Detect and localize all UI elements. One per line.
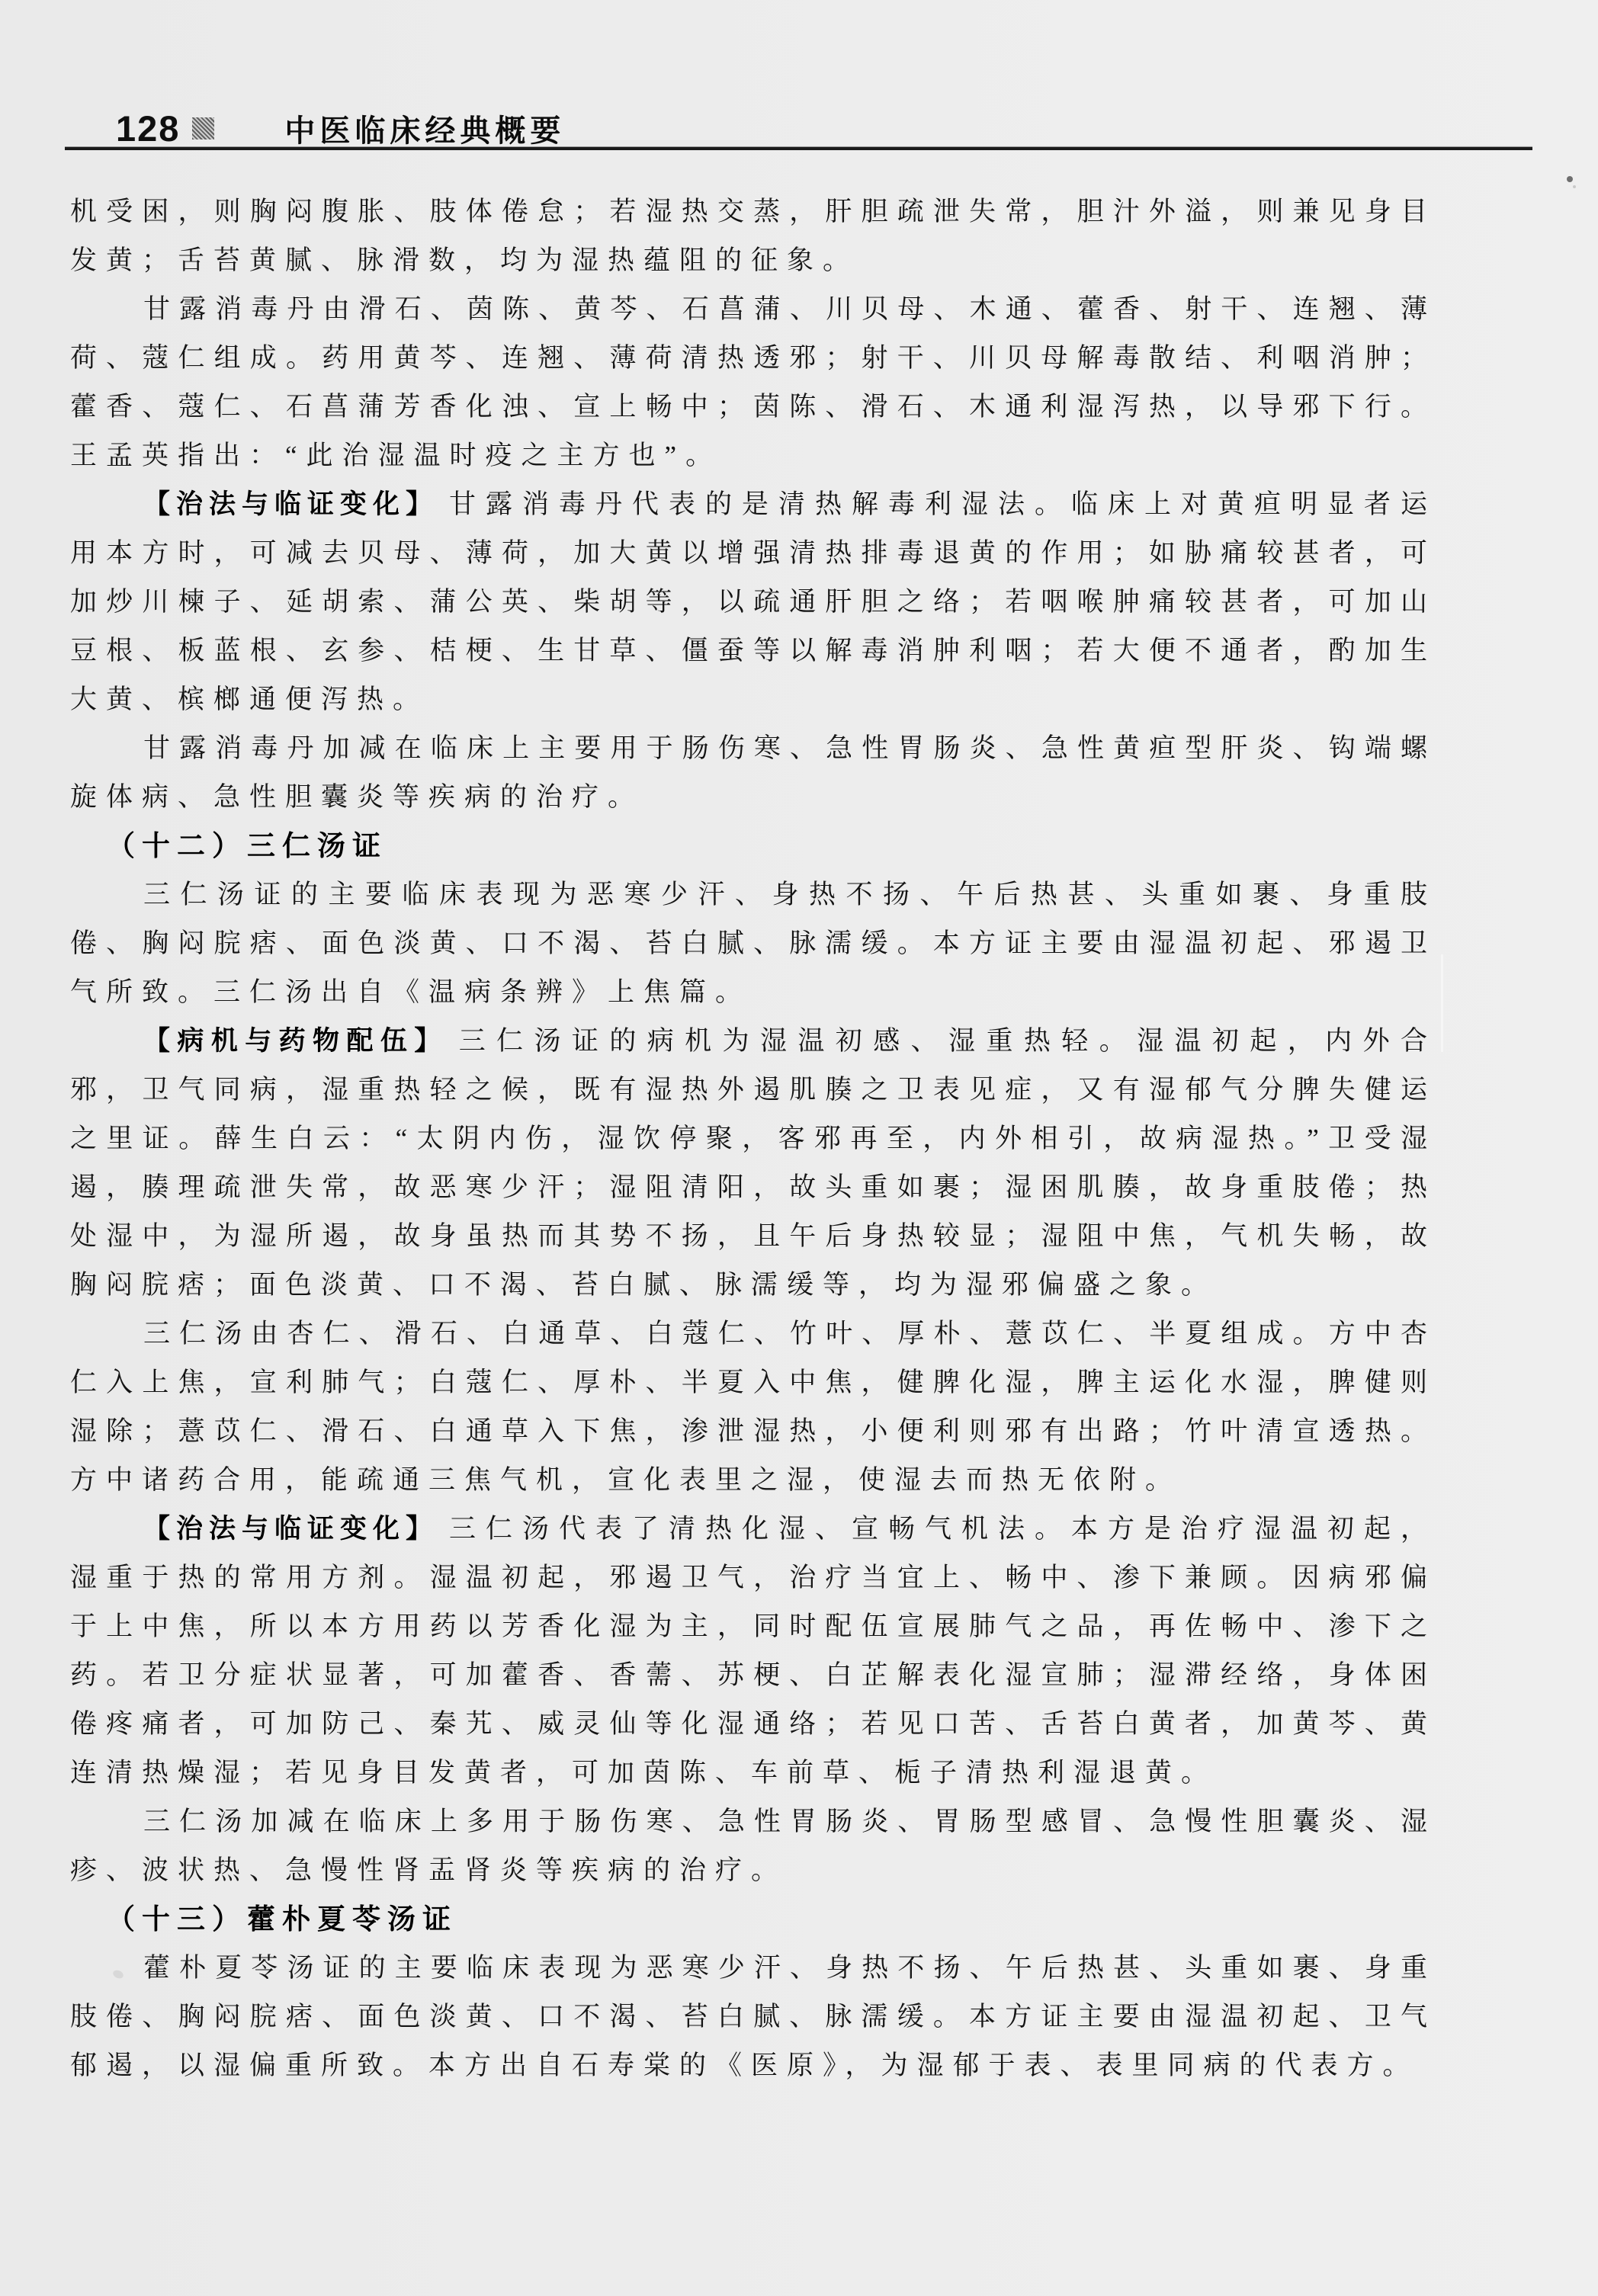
- dither-square-icon: [192, 117, 214, 139]
- page-number: 128: [116, 107, 180, 149]
- paragraph: 藿朴夏苓汤证的主要临床表现为恶寒少汗、身热不扬、午后热甚、头重如裹、身重肢倦、胸…: [70, 1944, 1436, 2090]
- page-header: 128 中医临床经典概要: [116, 107, 565, 149]
- paragraph: 【治法与临证变化】三仁汤代表了清热化湿、宣畅气机法。本方是治疗湿温初起，湿重于热…: [70, 1505, 1436, 1797]
- scan-speck-artifact: [1567, 176, 1573, 182]
- paragraph-label: 【治法与临证变化】: [143, 1514, 438, 1544]
- page-body: 机受困，则胸闷腹胀、肢体倦怠；若湿热交蒸，肝胆疏泄失常，胆汁外溢，则兼见身目发黄…: [70, 188, 1436, 2090]
- paragraph: 三仁汤由杏仁、滑石、白通草、白蔻仁、竹叶、厚朴、薏苡仁、半夏组成。方中杏仁入上焦…: [70, 1310, 1436, 1505]
- paragraph: 甘露消毒丹加减在临床上主要用于肠伤寒、急性胃肠炎、急性黄疸型肝炎、钩端螺旋体病、…: [70, 724, 1436, 822]
- paragraph-label: 【病机与药物配伍】: [143, 1026, 448, 1056]
- paragraph: 甘露消毒丹由滑石、茵陈、黄芩、石菖蒲、川贝母、木通、藿香、射干、连翘、薄荷、蔻仁…: [70, 285, 1436, 480]
- paragraph: 三仁汤证的主要临床表现为恶寒少汗、身热不扬、午后热甚、头重如裹、身重肢倦、胸闷脘…: [70, 871, 1436, 1017]
- paragraph: 【治法与临证变化】甘露消毒丹代表的是清热解毒利湿法。临床上对黄疸明显者运用本方时…: [70, 480, 1436, 724]
- section-heading: （十三）藿朴夏苓汤证: [70, 1895, 1436, 1944]
- paragraph: 三仁汤加减在临床上多用于肠伤寒、急性胃肠炎、胃肠型感冒、急慢性胆囊炎、湿疹、波状…: [70, 1797, 1436, 1895]
- header-rule: [65, 145, 1532, 150]
- paragraph-label: 【治法与临证变化】: [143, 489, 438, 519]
- book-page: 128 中医临床经典概要 机受困，则胸闷腹胀、肢体倦怠；若湿热交蒸，肝胆疏泄失常…: [0, 0, 1598, 2296]
- scan-streak-artifact: [1441, 954, 1443, 1052]
- section-heading: （十二）三仁汤证: [70, 822, 1436, 871]
- paragraph: 机受困，则胸闷腹胀、肢体倦怠；若湿热交蒸，肝胆疏泄失常，胆汁外溢，则兼见身目发黄…: [70, 188, 1436, 285]
- paragraph: 【病机与药物配伍】三仁汤证的病机为湿温初感、湿重热轻。湿温初起，内外合邪，卫气同…: [70, 1017, 1436, 1310]
- book-title: 中医临床经典概要: [284, 107, 565, 150]
